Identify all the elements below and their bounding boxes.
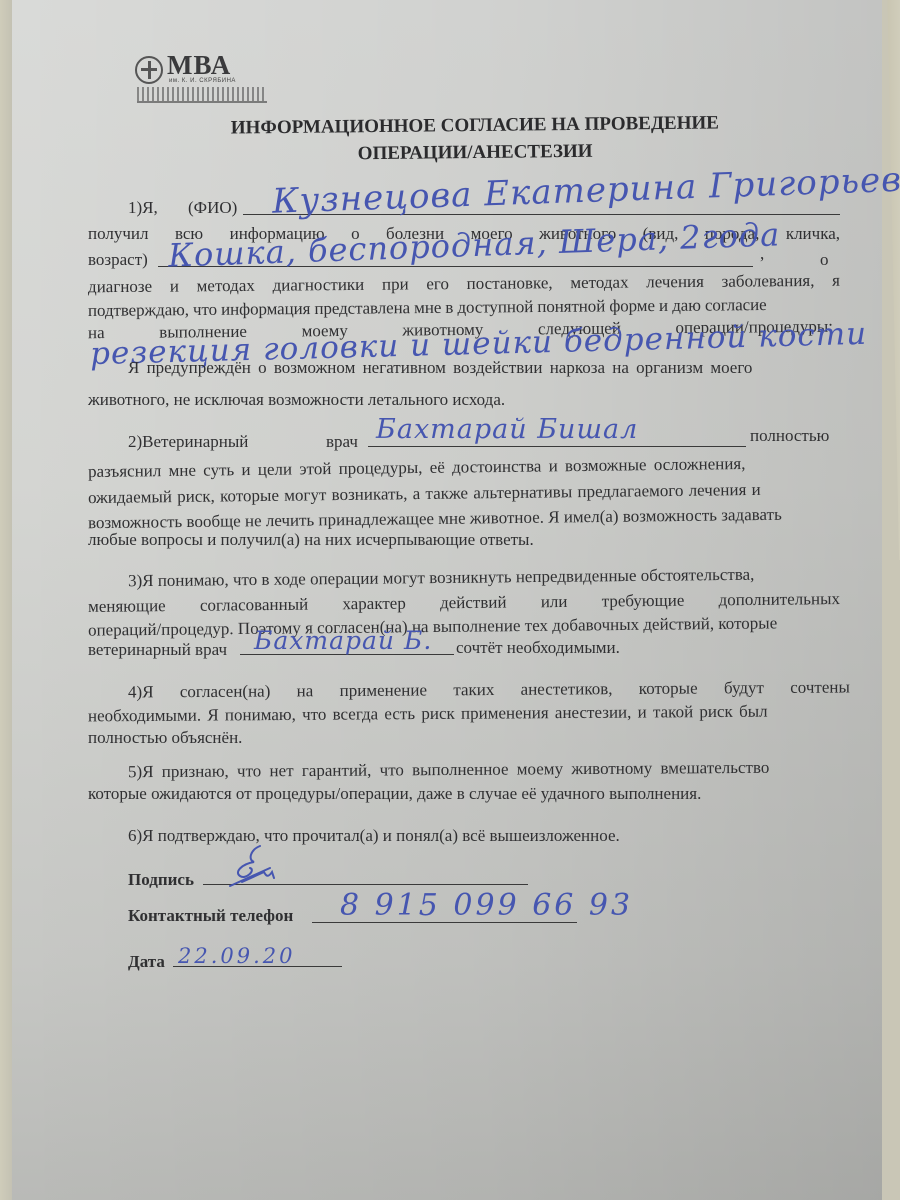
warning-line-2: животного, не исключая возможности летал…	[88, 390, 505, 410]
s2-line-5: любые вопросы и получил(а) на них исчерп…	[88, 530, 534, 550]
s6-line-1: 6)Я подтверждаю, что прочитал(а) и понял…	[128, 826, 620, 846]
date-field[interactable]: 22.09.20	[178, 944, 296, 968]
background-left-edge	[0, 0, 12, 1200]
paper-edge-right	[882, 0, 900, 560]
doctor-field[interactable]: Бахтарай Бишал	[376, 414, 638, 445]
s5-line-2: которые ожидаются от процедуры/операции,…	[88, 784, 701, 804]
phone-label: Контактный телефон	[128, 906, 293, 926]
signature-label: Подпись	[128, 870, 194, 890]
s3-doctor-label: ветеринарный врач	[88, 640, 227, 660]
s2-label-b: врач	[326, 432, 358, 452]
s1-age-label: возраст)	[88, 250, 148, 270]
mva-logo: МВА им. К. И. СКРЯБИНА	[135, 54, 305, 104]
s3-line-4-end: сочтёт необходимыми.	[456, 638, 620, 658]
s1-o: о	[820, 250, 829, 270]
phone-field[interactable]: 8 915 099 66 93	[340, 888, 633, 923]
emblem-icon	[135, 56, 163, 84]
document-title: ИНФОРМАЦИОННОЕ СОГЛАСИЕ НА ПРОВЕДЕНИЕ ОП…	[150, 109, 801, 170]
logo-title: МВА	[167, 50, 231, 81]
date-label: Дата	[128, 952, 165, 972]
s2-label-c: полностью	[750, 426, 829, 446]
s1-comma: ,	[760, 244, 764, 264]
signature-field[interactable]	[220, 842, 290, 892]
s1-fio-label: (ФИО)	[188, 198, 237, 218]
s3-doctor-field[interactable]: Бахтарай Б.	[254, 626, 432, 655]
warning-line-1: Я предупреждён о возможном негативном во…	[128, 358, 752, 378]
s4-line-3: полностью объяснён.	[88, 728, 242, 748]
logo-subtitle: им. К. И. СКРЯБИНА	[169, 78, 236, 84]
building-icon	[137, 87, 267, 103]
signature-icon	[220, 842, 290, 892]
s2-label-a: 2)Ветеринарный	[128, 432, 248, 452]
s1-num: 1)Я,	[128, 198, 158, 218]
doctor-field-line	[368, 446, 746, 447]
